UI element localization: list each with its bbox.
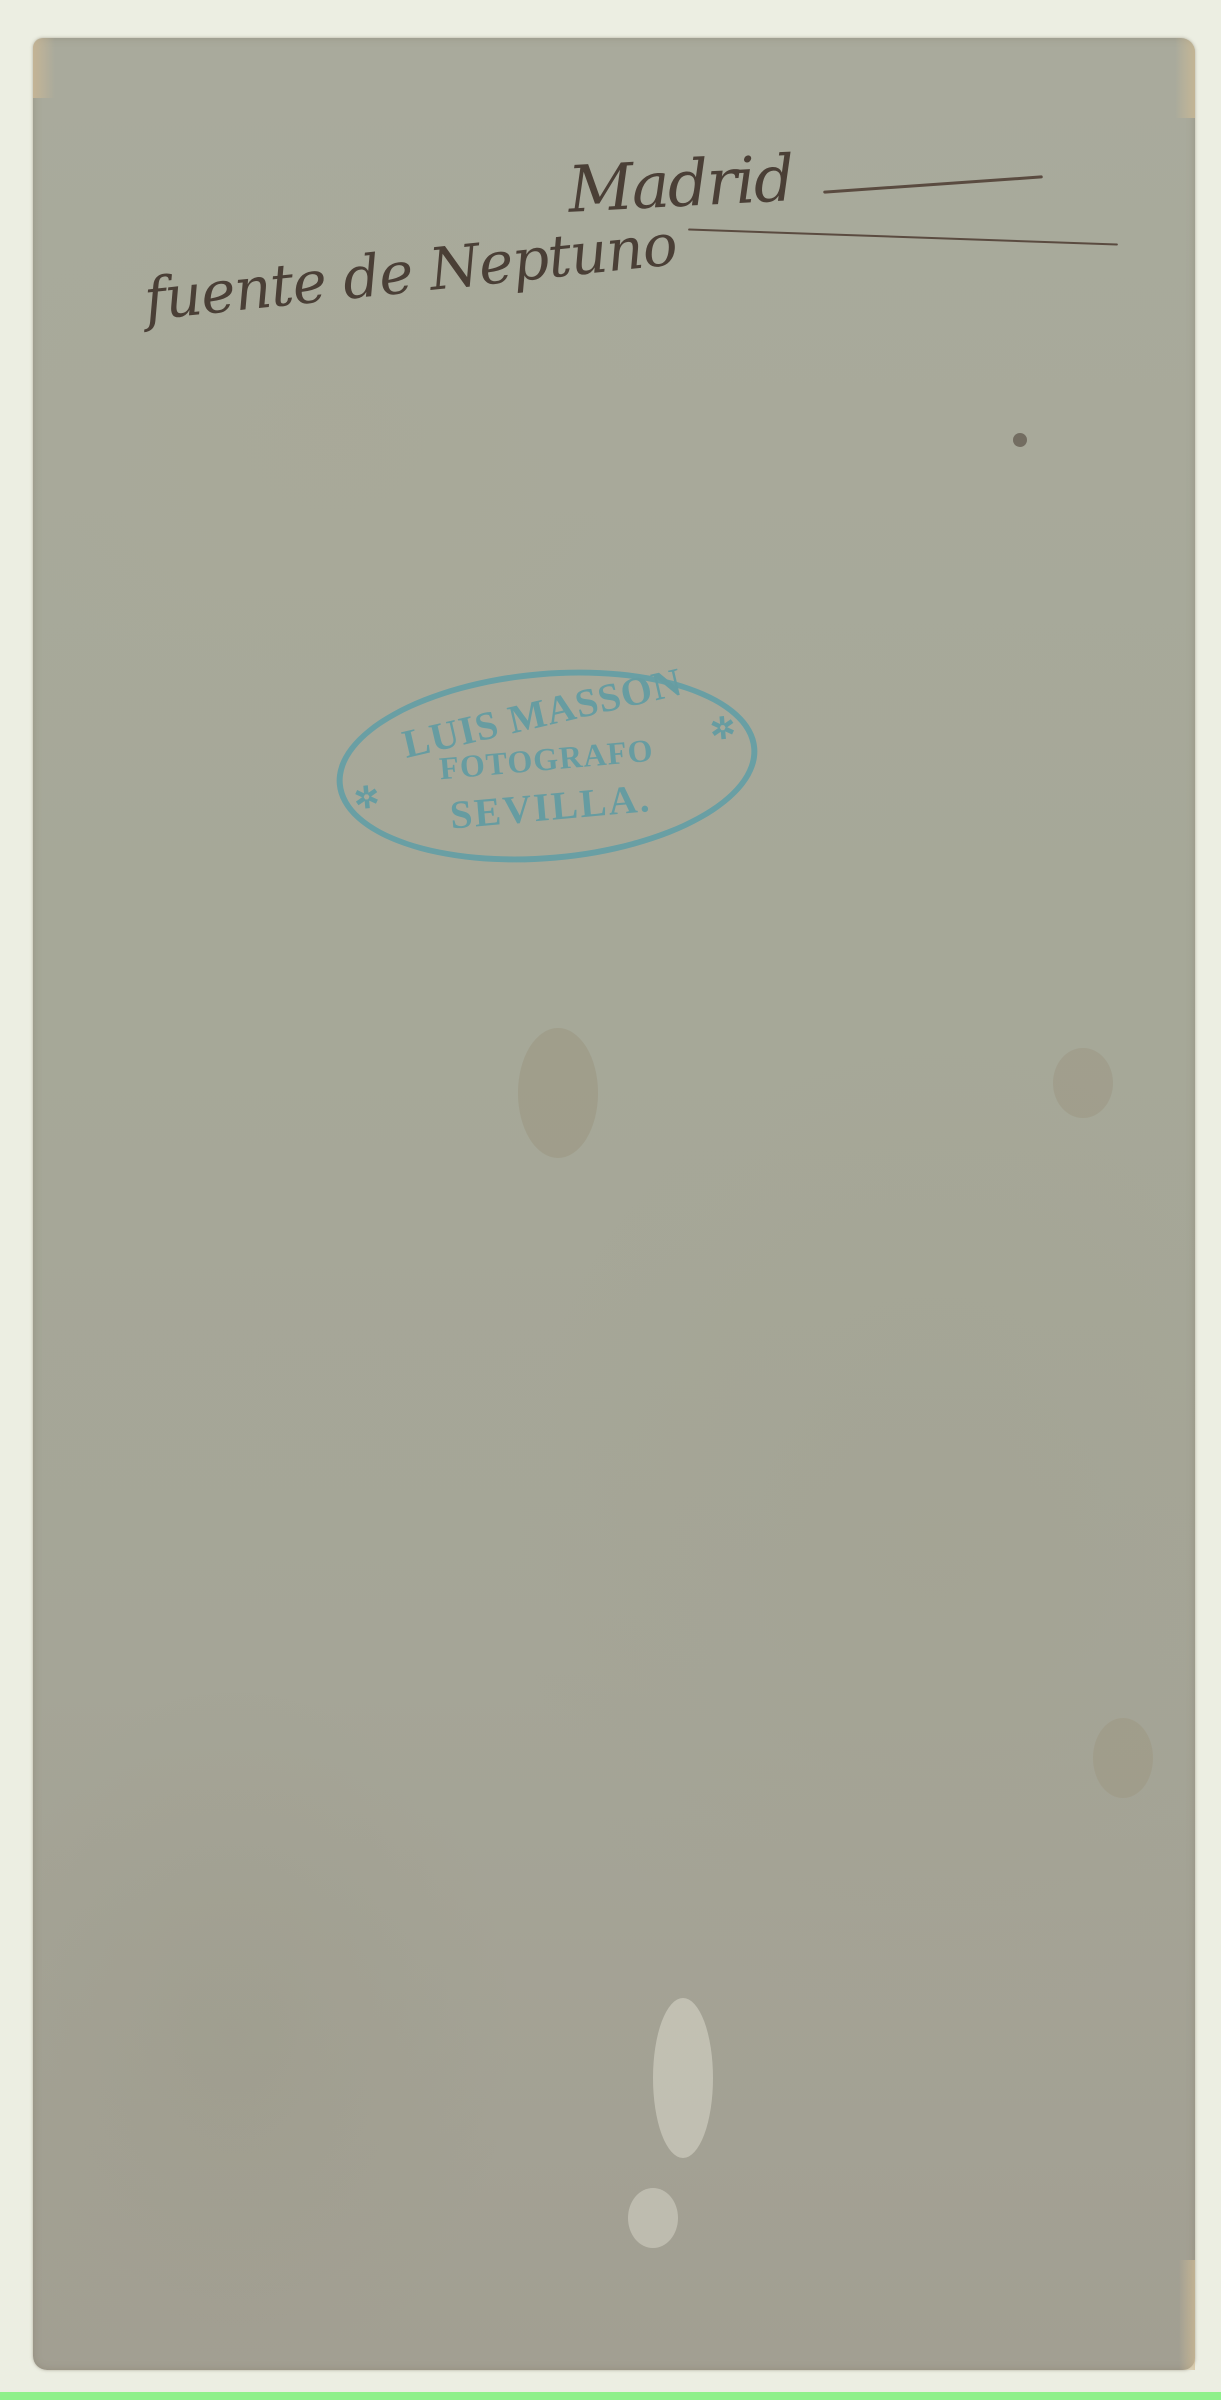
photo-card-verso: Madrid fuente de Neptuno LUIS MASSON FOT… <box>33 38 1195 2370</box>
stain <box>653 1998 713 2158</box>
flourish-stroke <box>688 228 1118 245</box>
stain <box>518 1028 598 1158</box>
star-ornament-icon: ✲ <box>709 711 737 748</box>
flourish-stroke <box>823 175 1043 193</box>
stain <box>1093 1718 1153 1798</box>
handwritten-city: Madrid <box>566 142 794 228</box>
stain <box>1053 1048 1113 1118</box>
worn-corner-bottom-right <box>1179 2260 1195 2370</box>
handwritten-title: fuente de Neptuno <box>141 210 680 334</box>
worn-corner-top-left <box>33 38 55 98</box>
star-ornament-icon: ✲ <box>353 780 381 817</box>
bottom-strip <box>0 2392 1221 2400</box>
photographer-stamp: LUIS MASSON FOTOGRAFO SEVILLA. ✲ ✲ <box>329 653 766 879</box>
stain <box>628 2188 678 2248</box>
worn-corner-top-right <box>1175 38 1195 118</box>
stain <box>1013 433 1027 447</box>
